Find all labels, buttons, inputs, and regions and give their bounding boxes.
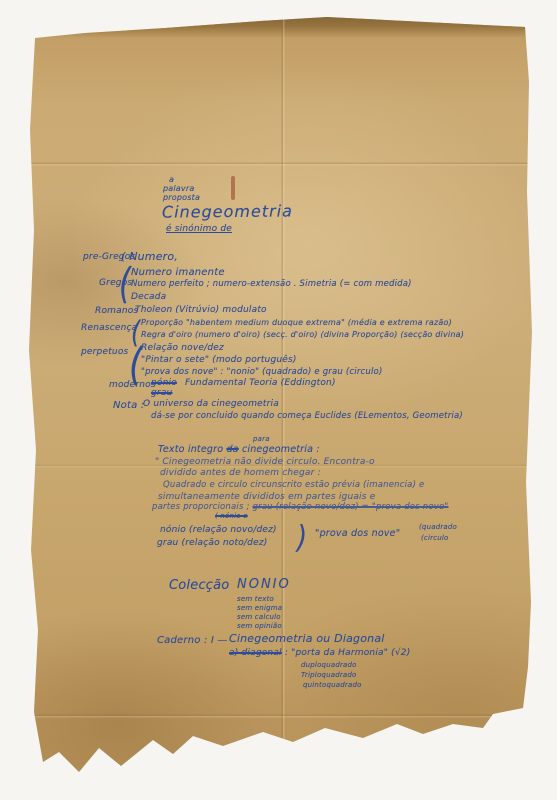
colecao-sub-4: sem opinião bbox=[237, 623, 282, 631]
nota-line-1: O universo da cinegeometria bbox=[143, 400, 279, 410]
texto-result: "prova dos nove" bbox=[315, 529, 400, 539]
rust-stain bbox=[231, 176, 235, 200]
era-label-renascenca: Renascença bbox=[81, 324, 137, 334]
colecao-sub-2: sem enigma bbox=[237, 605, 282, 613]
horizontal-fold-crease-top bbox=[25, 162, 537, 166]
colecao-name: NONIO bbox=[237, 578, 291, 592]
era-perpetuos-item-3: "prova dos nove" : "nonio" (quadrado) e … bbox=[141, 368, 382, 377]
colecao-title: Colecção bbox=[169, 579, 229, 593]
horizontal-fold-crease-bottom bbox=[25, 714, 537, 718]
texto-prop-struck: grau (relação novo/dez) = "prova dos nov… bbox=[252, 502, 448, 512]
era-label-perpetuos: perpetuos bbox=[81, 348, 128, 358]
pair-closing-brace: ) bbox=[297, 520, 307, 556]
texto-heading: Texto integro da cinegeometria : bbox=[158, 445, 320, 455]
manuscript-paper: a palavra proposta Cinegeometria é sinón… bbox=[25, 12, 537, 784]
texto-heading-pre: Texto integro bbox=[158, 444, 226, 455]
caderno-square-1: duploquadrado bbox=[301, 662, 357, 670]
era-perpetuos-item-2: "Pintar o sete" (modo português) bbox=[141, 356, 297, 366]
gregos-opening-brace: ( bbox=[119, 260, 131, 309]
era-modernos-text: Fundamental Teoria (Eddington) bbox=[185, 379, 336, 389]
era-gregos-item-3: Decada bbox=[131, 293, 166, 303]
red-dot-stain bbox=[337, 732, 341, 736]
era-renascenca-item-1: Proporção "habentem medium duoque extrem… bbox=[141, 319, 452, 328]
era-renascenca-item-2: Regra d'oiro (numero d'oiro) (secç. d'oi… bbox=[141, 331, 464, 340]
era-romanos-text: Tholeon (Vitrúvio) modulato bbox=[135, 306, 267, 316]
texto-pair-grau: grau (relação noto/dez) bbox=[157, 539, 267, 549]
era-perpetuos-item-1: Relação nove/dez bbox=[141, 344, 224, 354]
header-subtitle: é sinónimo de bbox=[166, 225, 232, 235]
caderno-square-2: Triploquadrado bbox=[301, 672, 357, 680]
caderno-square-3: quintoquadrado bbox=[303, 682, 362, 690]
scanned-manuscript-page: { "colors":{"ink":"#2d4c99","paper":"#c9… bbox=[0, 0, 557, 800]
era-label-modernos: modernos bbox=[109, 381, 156, 391]
vertical-fold-crease bbox=[281, 12, 285, 784]
texto-proportional-line: partes proporcionais ; grau (relação nov… bbox=[152, 503, 449, 512]
era-gregos-item-1: Numero imanente bbox=[131, 267, 225, 278]
texto-insertion-para: para bbox=[253, 436, 270, 444]
caderno-title: Cinegeometria ou Diagonal bbox=[229, 633, 385, 645]
texto-result-note-circulo: (circulo bbox=[421, 535, 449, 543]
colecao-sub-3: sem calculo bbox=[237, 614, 281, 622]
texto-heading-post: cinegeometria : bbox=[239, 444, 320, 455]
page-title: Cinegeometria bbox=[162, 202, 293, 221]
texto-pair-nonio: nónio (relação novo/dez) bbox=[160, 526, 277, 536]
caderno-a-struck: a) diagonal bbox=[229, 648, 282, 658]
texto-line-3: Quadrado e circulo circunscrito estão pr… bbox=[163, 481, 424, 490]
era-gregos-item-2: Numero perfeito ; numero-extensão . Sime… bbox=[131, 280, 412, 289]
texto-line-2: dividido antes de homem chegar : bbox=[160, 469, 321, 479]
texto-heading-struck: da bbox=[226, 444, 238, 455]
colecao-sub-1: sem texto bbox=[237, 596, 274, 604]
nota-label: Nota : bbox=[113, 400, 144, 411]
texto-struck-nonio-e: ( nónio e bbox=[215, 513, 248, 521]
caderno-label: Caderno : I — bbox=[157, 635, 228, 646]
caderno-diagonal-line: a) diagonal : "porta da Harmonia" (√2) bbox=[229, 649, 410, 659]
texto-result-note-quadrado: (quadrado bbox=[419, 524, 457, 532]
nota-line-2: dá-se por concluido quando começa Euclid… bbox=[151, 412, 463, 421]
texto-line-1: " Cinegeometria não divide circulo. Enco… bbox=[155, 458, 375, 468]
era-modernos-struck-grau: grau bbox=[151, 389, 172, 399]
caderno-a-post: : "porta da Harmonia" (√2) bbox=[282, 648, 411, 658]
texto-prop-pre: partes proporcionais ; bbox=[152, 502, 252, 512]
